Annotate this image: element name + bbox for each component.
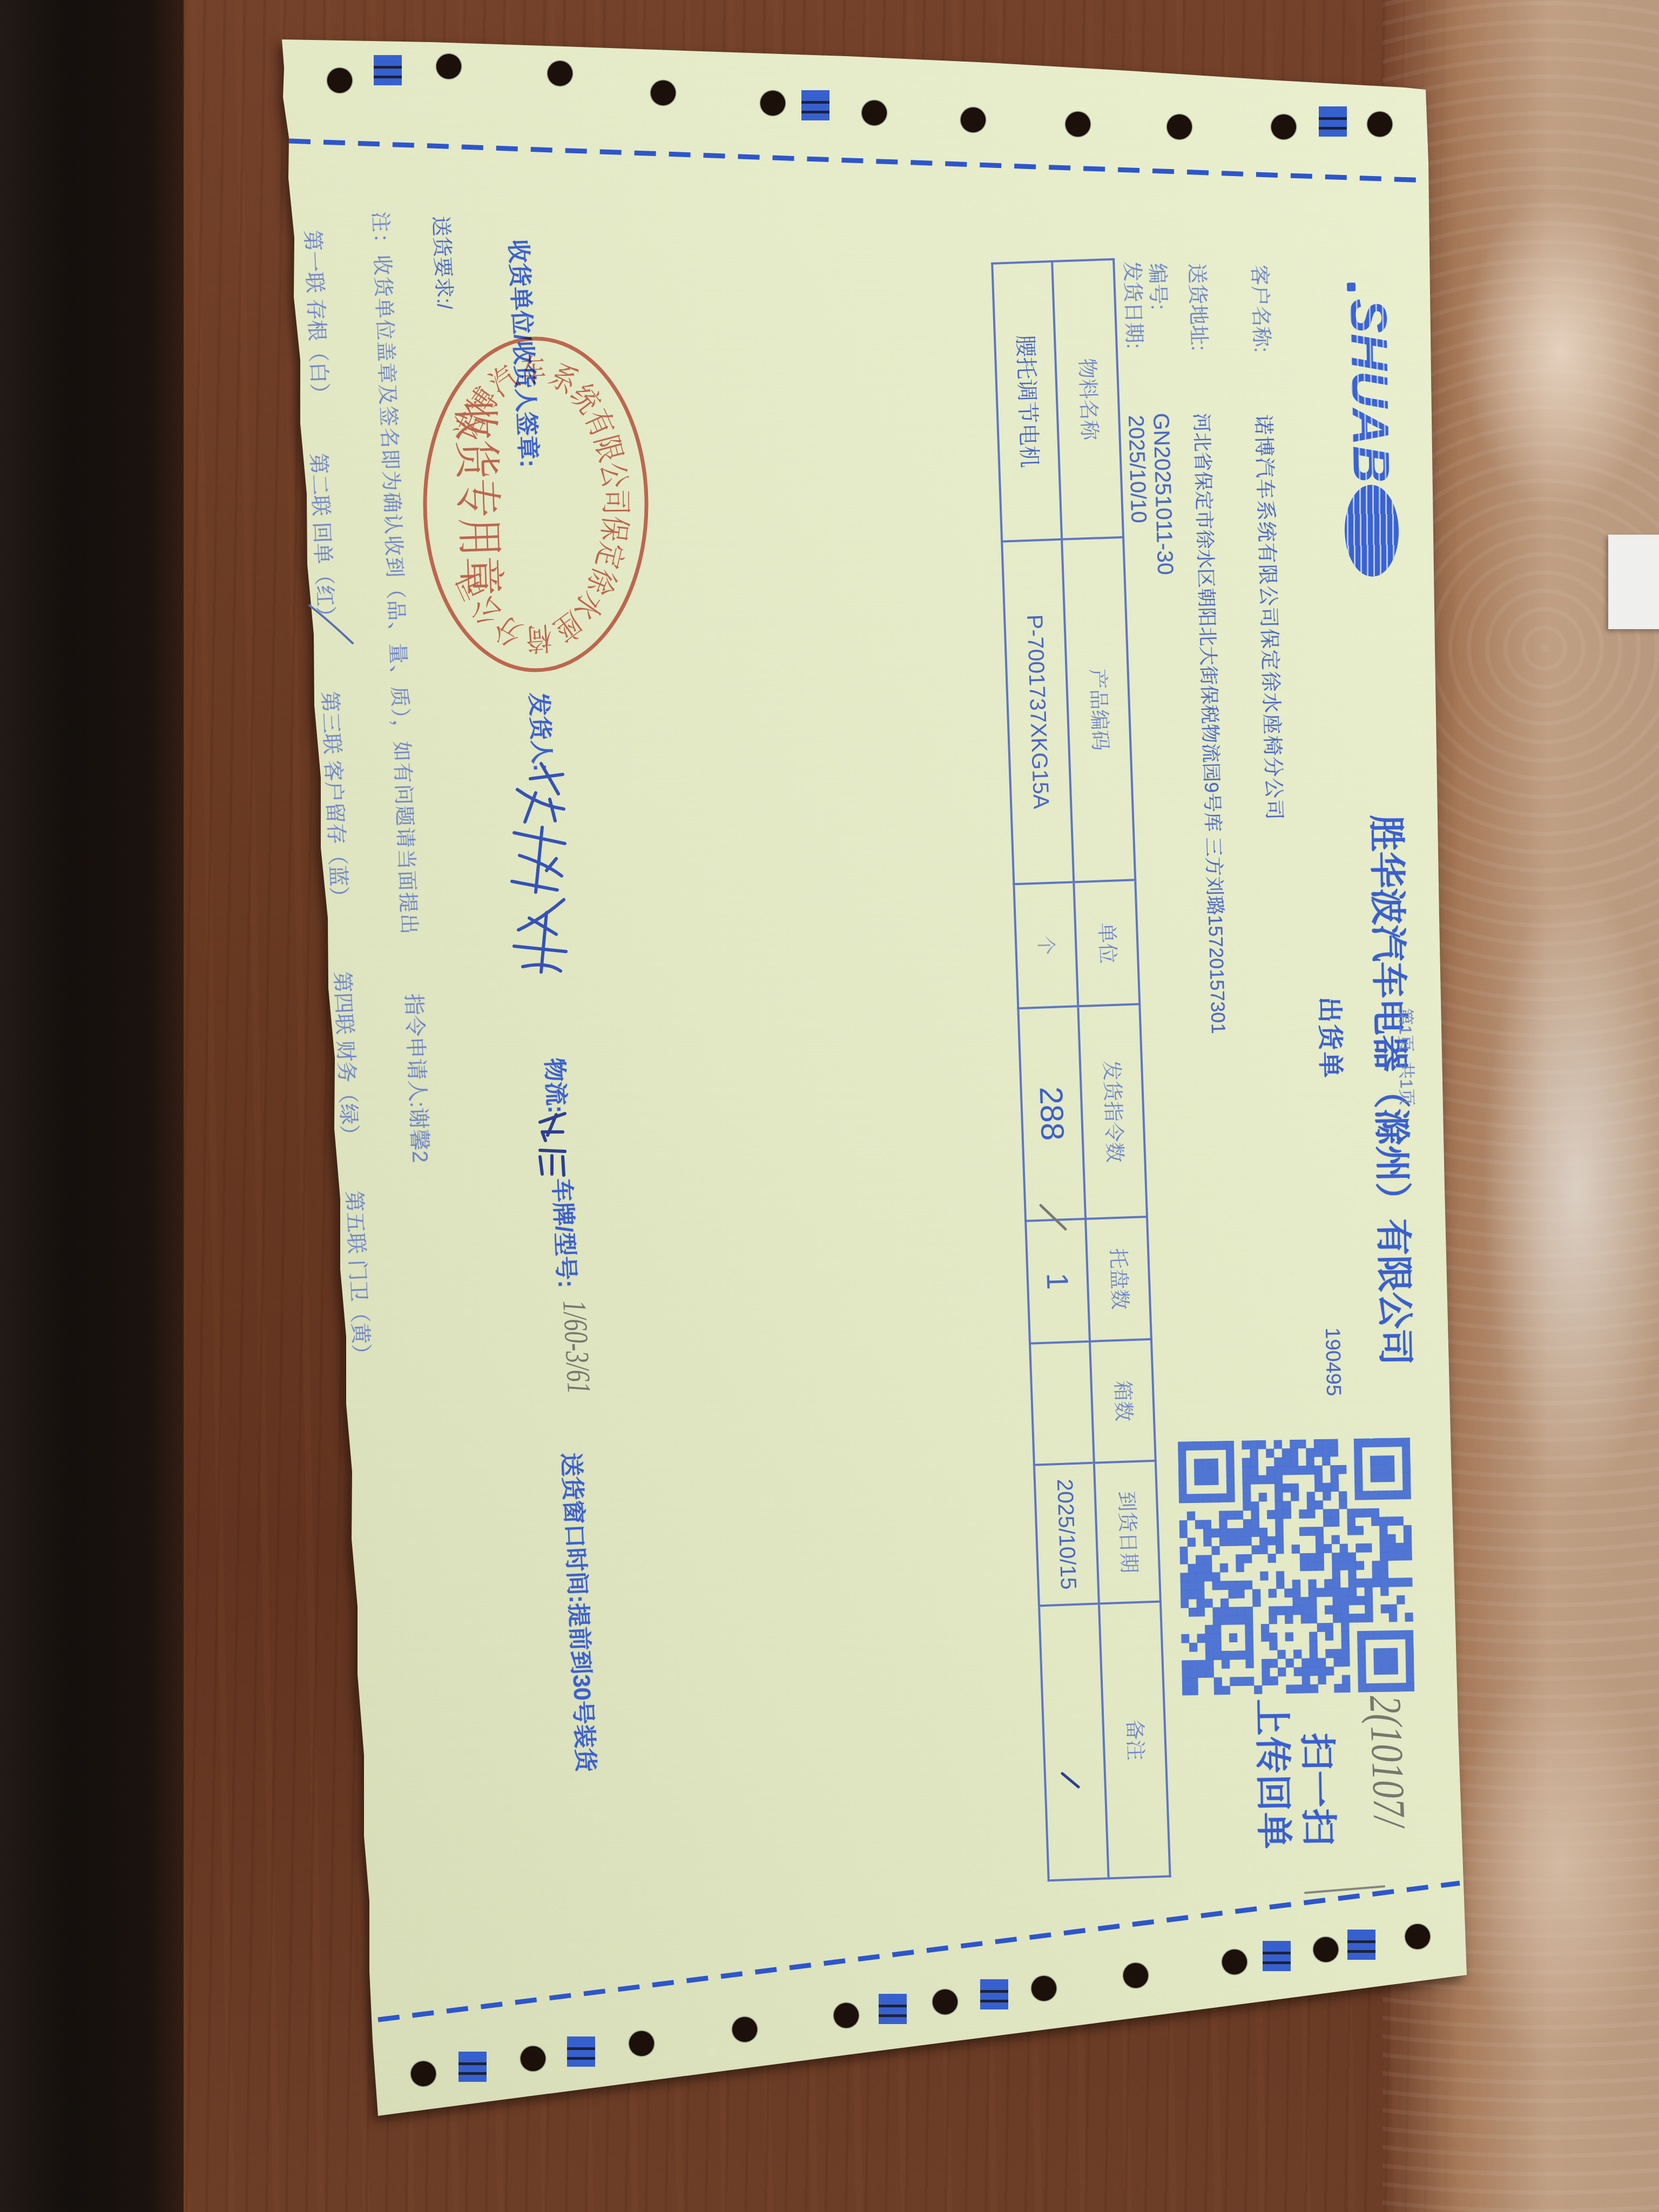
pencil-underline — [1305, 1886, 1384, 1893]
copy-pen-stroke — [309, 605, 353, 643]
quantity-check-mark — [1041, 1205, 1065, 1229]
logistics-stroke — [540, 1114, 565, 1175]
signature-stroke — [514, 900, 566, 972]
remarks-check-mark — [1062, 1773, 1078, 1787]
handwriting-layer — [0, 0, 1659, 2212]
photo-scene: SHUAB 胜华波汽车电器（滁州）有限公司 第1页 共1页 出货单 190495… — [0, 0, 1659, 2212]
logistics-handwritten — [540, 1114, 565, 1175]
signature-stroke — [517, 764, 564, 822]
signature-stroke — [512, 827, 565, 892]
shipper-signature — [512, 764, 566, 972]
